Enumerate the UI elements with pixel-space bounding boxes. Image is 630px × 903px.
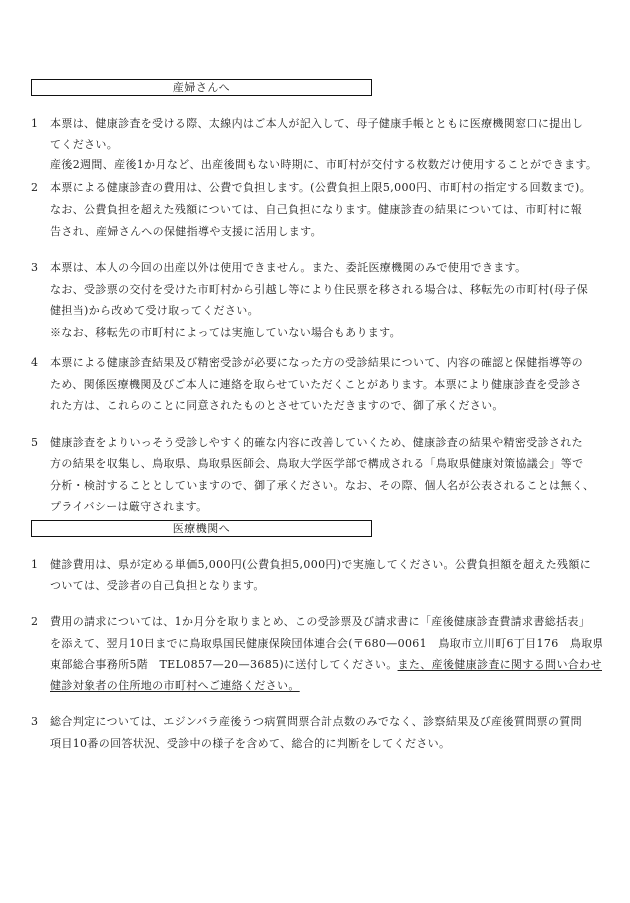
- item-text-line: ため、関係医療機関及びご本人に連絡を取らせていただくことがあります。本票により健…: [50, 378, 602, 392]
- item-number: 3: [31, 715, 38, 729]
- section-header-medical-institutions: 医療機関へ: [31, 520, 372, 537]
- item-number: 2: [31, 181, 38, 195]
- underlined-inquiry-notice-cont: 健診対象者の住所地の市町村へご連絡ください。: [50, 679, 602, 693]
- item-text-line: ついては、受診者の自己負担となります。: [50, 579, 602, 593]
- item-text-line: 健康診査をよりいっそう受診しやすく的確な内容に改善していくため、健康診査の結果や…: [50, 436, 602, 450]
- item-text-line: 本票による健康診査結果及び精密受診が必要になった方の受診結果について、内容の確認…: [50, 356, 602, 370]
- item-text-line: 方の結果を収集し、鳥取県、鳥取県医師会、鳥取大学医学部で構成される「鳥取県健康対…: [50, 457, 602, 471]
- item-number: 3: [31, 261, 38, 275]
- underlined-inquiry-notice: また、産後健康診査に関する問い合わせは、: [398, 658, 602, 671]
- item-text-line: 総合判定については、エジンバラ産後うつ病質問票合計点数のみでなく、診察結果及び産…: [50, 715, 602, 729]
- item-text-line: 産後2週間、産後1か月など、出産後間もない時期に、市町村が交付する枚数だけ使用す…: [50, 158, 602, 172]
- item-text-line: 本票は、健康診査を受ける際、太線内はご本人が記入して、母子健康手帳とともに医療機…: [50, 117, 602, 131]
- item-text-line: 分析・検討することとしていますので、御了承ください。なお、その際、個人名が公表さ…: [50, 479, 602, 493]
- item-text-line-with-underline: 東部総合事務所5階 TEL0857—20—3685)に送付してください。また、産…: [50, 658, 602, 672]
- item-number: 1: [31, 117, 38, 131]
- section-header-mothers: 産婦さんへ: [31, 79, 372, 96]
- item-text-line: を添えて、翌月10日までに鳥取県国民健康保険団体連合会(〒680—0061 鳥取…: [50, 637, 602, 651]
- item-text-line: ※なお、移転先の市町村によっては実施していない場合もあります。: [50, 326, 602, 340]
- item-text-line: 本票による健康診査の費用は、公費で負担します。(公費負担上限5,000円、市町村…: [50, 181, 602, 195]
- item-number: 2: [31, 615, 38, 629]
- item-number: 1: [31, 558, 38, 572]
- item-text-line: 健診費用は、県が定める単価5,000円(公費負担5,000円)で実施してください…: [50, 558, 602, 572]
- document-page: 産婦さんへ 1 本票は、健康診査を受ける際、太線内はご本人が記入して、母子健康手…: [0, 0, 630, 903]
- item-text-line: 費用の請求については、1か月分を取りまとめ、この受診票及び請求書に「産後健康診査…: [50, 615, 602, 629]
- item-text-line: なお、受診票の交付を受けた市町村から引越し等により住民票を移される場合は、移転先…: [50, 283, 602, 297]
- item-text-line: 健担当)から改めて受け取ってください。: [50, 304, 602, 318]
- item-text-line: てください。: [50, 138, 602, 152]
- item-text-line: なお、公費負担を超えた残額については、自己負担になります。健康診査の結果について…: [50, 203, 602, 217]
- item-text-line: プライバシーは厳守されます。: [50, 500, 602, 514]
- item-text-line: れた方は、これらのことに同意されたものとさせていただきますので、御了承ください。: [50, 399, 602, 413]
- item-number: 5: [31, 436, 38, 450]
- item-text-segment: 東部総合事務所5階 TEL0857—20—3685)に送付してください。: [50, 658, 398, 671]
- item-text-line: 告され、産婦さんへの保健指導や支援に活用します。: [50, 225, 602, 239]
- item-number: 4: [31, 356, 38, 370]
- item-text-line: 項目10番の回答状況、受診中の様子を含めて、総合的に判断をしてください。: [50, 737, 602, 751]
- item-text-line: 本票は、本人の今回の出産以外は使用できません。また、委託医療機関のみで使用できま…: [50, 261, 602, 275]
